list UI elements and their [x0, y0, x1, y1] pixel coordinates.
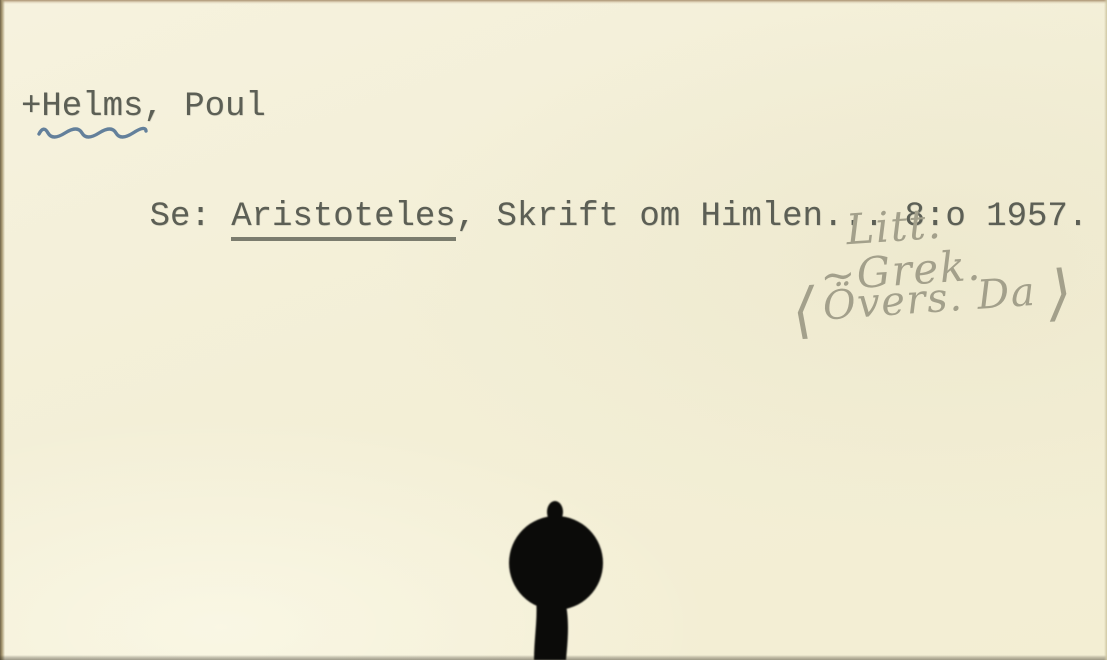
reference-title-underlined: Aristoteles [231, 198, 455, 241]
angle-bracket-close: ⟩ [1046, 262, 1075, 324]
catalog-card: +Helms, Poul Se: Aristoteles, Skrift om … [0, 0, 1107, 660]
card-edge-top [0, 0, 1107, 4]
hole-punch [498, 500, 623, 660]
card-edge-left [0, 0, 5, 660]
wavy-underline [36, 122, 150, 142]
handwritten-overs-text: Övers. Da [815, 269, 1042, 336]
reference-prefix: Se: [150, 198, 232, 236]
reference-suffix: , Skrift om Himlen... 8:o 1957. [456, 198, 1089, 236]
